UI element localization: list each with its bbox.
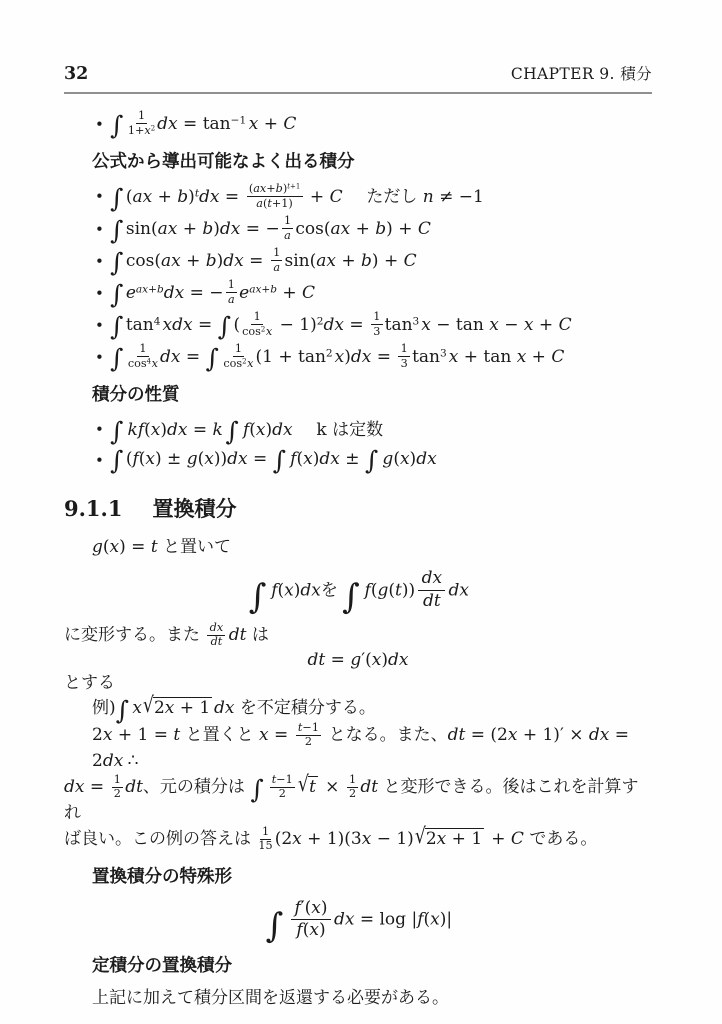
math-text: 1 bbox=[138, 109, 145, 122]
math-text: + bbox=[336, 251, 361, 271]
math-variable: g bbox=[350, 650, 361, 670]
math-text: に変形する。また bbox=[64, 625, 205, 645]
math-variable: x bbox=[249, 114, 259, 134]
integral-sign: ∫ bbox=[206, 344, 219, 374]
math-variable: ax bbox=[158, 219, 178, 239]
math-variable: kf bbox=[128, 420, 145, 440]
math-variable: x bbox=[421, 315, 431, 335]
math-text: + bbox=[534, 315, 559, 335]
math-variable: ax bbox=[316, 251, 336, 271]
math-text: 1 bbox=[401, 342, 408, 355]
math-text: ) + bbox=[372, 251, 404, 271]
fraction: 115 bbox=[258, 826, 272, 853]
math-variable: dx bbox=[214, 698, 234, 718]
header-rule bbox=[64, 92, 652, 94]
math-variable: ax bbox=[330, 219, 350, 239]
integral-sign: ∫ bbox=[110, 248, 123, 278]
math-variable: b bbox=[157, 284, 164, 296]
integral-sign: ∫ bbox=[365, 446, 378, 476]
integral-sign: ∫ bbox=[110, 312, 123, 342]
math-text: 2 bbox=[154, 698, 165, 718]
superscript: 3 bbox=[440, 348, 447, 360]
math-text: 、元の積分は bbox=[143, 777, 250, 797]
page-header: 32 CHAPTER 9. 積分 bbox=[64, 62, 652, 84]
fraction: dxdt bbox=[207, 622, 225, 649]
math-text: 1 bbox=[254, 310, 261, 323]
math-text: ) bbox=[319, 920, 326, 940]
math-text: )) bbox=[214, 449, 227, 469]
section-title: 置換積分 bbox=[152, 497, 236, 521]
fraction: 1a bbox=[271, 247, 283, 274]
math-text: を不定積分する。 bbox=[234, 698, 375, 718]
fraction-denominator: dt bbox=[423, 591, 441, 612]
math-text: = tan bbox=[178, 114, 231, 134]
math-text: (2 bbox=[275, 829, 292, 849]
integral-sign: ∫ bbox=[110, 446, 123, 476]
math-variable: dx bbox=[164, 283, 184, 303]
integral-sign: ∫ bbox=[110, 216, 123, 246]
math-variable: dx bbox=[227, 449, 247, 469]
math-variable: g bbox=[187, 449, 198, 469]
math-variable: C bbox=[551, 347, 564, 367]
bullet-marker: • bbox=[95, 220, 104, 238]
math-variable: n bbox=[423, 187, 434, 207]
math-variable: x bbox=[132, 698, 142, 718]
math-text: 1 bbox=[235, 342, 242, 355]
bold-heading: 置換積分の特殊形 bbox=[64, 866, 652, 889]
math-variable: dt bbox=[360, 777, 378, 797]
math-variable: b bbox=[375, 219, 386, 239]
math-text: cos bbox=[242, 325, 261, 338]
fraction: t−12 bbox=[296, 722, 322, 749]
math-variable: ax bbox=[253, 182, 266, 195]
math-text: = bbox=[244, 251, 269, 271]
math-variable: g bbox=[382, 449, 393, 469]
fraction-denominator: 15 bbox=[258, 840, 272, 853]
math-text: = bbox=[248, 449, 273, 469]
superscript: −1 bbox=[231, 115, 247, 127]
math-variable: ax bbox=[132, 187, 152, 207]
math-variable: C bbox=[302, 283, 315, 303]
math-variable: C bbox=[404, 251, 417, 271]
fraction: (ax+b)t+1a(t+1) bbox=[247, 183, 303, 210]
math-text: + bbox=[526, 347, 551, 367]
math-text: ( bbox=[249, 420, 256, 440]
math-text: + bbox=[148, 284, 157, 296]
fraction-denominator: 3 bbox=[401, 357, 408, 370]
math-variable: x bbox=[311, 898, 321, 918]
paragraph-line: g(x) = t と置いて bbox=[64, 535, 652, 560]
fraction-numerator: 1 bbox=[136, 110, 148, 124]
fraction-numerator: dx bbox=[207, 622, 225, 636]
math-text: = bbox=[193, 315, 218, 335]
math-variable: x bbox=[400, 449, 410, 469]
math-text: + 1)′ × bbox=[517, 725, 588, 745]
math-text: 2 bbox=[305, 735, 312, 748]
math-variable: dx bbox=[448, 581, 468, 601]
bullet-marker: • bbox=[95, 316, 104, 334]
math-variable: b bbox=[206, 251, 217, 271]
fraction: 13 bbox=[371, 311, 383, 338]
math-text: と置くと bbox=[180, 725, 259, 745]
math-variable: t bbox=[151, 537, 158, 557]
math-variable: a bbox=[284, 229, 291, 242]
math-text: + bbox=[350, 219, 375, 239]
math-text: × bbox=[320, 777, 345, 797]
math-text: ) ± bbox=[155, 449, 187, 469]
math-variable: b bbox=[202, 219, 213, 239]
math-text: = bbox=[220, 187, 245, 207]
math-variable: dx bbox=[103, 751, 123, 771]
paragraph-line: 例)∫x√2x + 1dx を不定積分する。 bbox=[64, 696, 652, 722]
fraction-denominator: cos2x bbox=[242, 325, 272, 338]
math-variable: x bbox=[335, 347, 345, 367]
fraction-denominator: 1+x2 bbox=[128, 124, 155, 137]
math-variable: x bbox=[303, 449, 313, 469]
bullet-formula: ∫(f(x) ± g(x))dx = ∫f(x)dx ± ∫g(x)dx bbox=[110, 449, 437, 469]
math-variable: x bbox=[309, 920, 319, 940]
math-text: + bbox=[261, 284, 270, 296]
math-variable: dx bbox=[223, 251, 243, 271]
math-variable: x bbox=[449, 347, 459, 367]
superscript: 2 bbox=[261, 325, 265, 333]
math-text: + 1 bbox=[174, 698, 210, 718]
fraction-numerator: (ax+b)t+1 bbox=[247, 183, 303, 197]
math-variable: dx bbox=[64, 777, 84, 797]
math-text: 4 bbox=[147, 358, 151, 366]
math-text: 2 bbox=[279, 787, 286, 800]
fraction-denominator: 2 bbox=[305, 736, 312, 749]
math-variable: x bbox=[372, 650, 382, 670]
math-text: +1) bbox=[272, 197, 293, 210]
bullet-formula: ∫tan4xdx = ∫(1cos2x − 1)2dx = 13tan3x − … bbox=[110, 315, 572, 335]
math-text: ≠ −1 bbox=[434, 187, 484, 207]
math-variable: x bbox=[266, 325, 272, 338]
bullet-marker: • bbox=[95, 284, 104, 302]
math-variable: x bbox=[103, 725, 113, 745]
math-text: sin( bbox=[126, 219, 158, 239]
math-text: − 1) bbox=[371, 829, 414, 849]
math-variable: ax bbox=[249, 284, 261, 296]
math-variable: x bbox=[110, 537, 120, 557]
math-variable: C bbox=[283, 114, 296, 134]
fraction: 1cos2x bbox=[242, 311, 272, 338]
fraction: t−12 bbox=[270, 774, 296, 801]
math-variable: x bbox=[292, 829, 302, 849]
math-variable: dx bbox=[334, 910, 354, 930]
integral-sign: ∫ bbox=[110, 184, 123, 214]
math-text: となる。また、 bbox=[323, 725, 447, 745]
bullet-formula: ∫kf(x)dx = k∫f(x)dxk は定数 bbox=[110, 420, 383, 440]
fraction: 12 bbox=[112, 774, 124, 801]
integral-sign: ∫ bbox=[110, 111, 123, 141]
math-text: と置いて bbox=[158, 537, 231, 557]
bullet-formula: ∫(ax + b)tdx = (ax+b)t+1a(t+1) + Cただし n … bbox=[110, 187, 484, 207]
math-variable: dx bbox=[351, 347, 371, 367]
fraction-numerator: t−1 bbox=[296, 722, 322, 736]
fraction-numerator: 1 bbox=[271, 247, 283, 261]
integral-sign: ∫ bbox=[249, 577, 267, 617]
math-text: 2 bbox=[261, 325, 265, 333]
sqrt-radical: √2x + 1 bbox=[415, 827, 485, 852]
fraction-numerator: dx bbox=[418, 569, 445, 591]
math-text: ) = bbox=[119, 537, 151, 557]
math-variable: dx bbox=[589, 725, 609, 745]
math-variable: a bbox=[256, 197, 263, 210]
math-text: ) bbox=[321, 898, 328, 918]
math-variable: dt bbox=[448, 725, 466, 745]
fraction-numerator: 1 bbox=[282, 215, 294, 229]
math-text: 2 bbox=[151, 124, 155, 132]
math-variable: x bbox=[508, 725, 518, 745]
section-number: 9.1.1 bbox=[64, 496, 122, 521]
fraction-denominator: 2 bbox=[349, 788, 356, 801]
math-text: ′( bbox=[301, 898, 312, 918]
integral-sign: ∫ bbox=[273, 446, 286, 476]
math-variable: C bbox=[559, 315, 572, 335]
math-text: tan bbox=[412, 347, 440, 367]
math-text: = bbox=[344, 315, 369, 335]
math-text: ′( bbox=[361, 650, 372, 670]
math-text: ) bbox=[344, 347, 351, 367]
fraction-numerator: 1 bbox=[137, 343, 149, 357]
math-text: = bbox=[84, 777, 109, 797]
math-text: tan bbox=[385, 315, 413, 335]
math-text: 2 bbox=[114, 787, 121, 800]
bullet-marker: • bbox=[95, 420, 104, 438]
math-text: + 1)(3 bbox=[302, 829, 362, 849]
paragraph-line: dx = 12dt、元の積分は ∫t−12√t × 12dt と変形できる。後は… bbox=[64, 774, 652, 826]
math-variable: k bbox=[213, 420, 223, 440]
math-text: ± bbox=[340, 449, 365, 469]
fraction-denominator: 2 bbox=[114, 788, 121, 801]
paragraph-line: 2x + 1 = t と置くと x = t−12 となる。また、dt = (2x… bbox=[64, 722, 652, 774]
math-variable: C bbox=[418, 219, 431, 239]
math-text: )) bbox=[402, 581, 415, 601]
bold-heading: 積分の性質 bbox=[64, 384, 652, 407]
radical-sign: √ bbox=[298, 770, 309, 802]
math-text: + 1 = bbox=[112, 725, 173, 745]
fraction-numerator: 1 bbox=[226, 279, 238, 293]
math-variable: dx bbox=[160, 347, 180, 367]
sqrt-radical: √2x + 1 bbox=[143, 696, 213, 721]
math-text: 上記に加えて積分区間を返還する必要がある。 bbox=[92, 988, 449, 1008]
math-variable: x bbox=[284, 581, 294, 601]
math-text: + bbox=[258, 114, 283, 134]
paragraph-line: 上記に加えて積分区間を返還する必要がある。 bbox=[64, 986, 652, 1011]
math-text: = − bbox=[240, 219, 279, 239]
math-variable: x bbox=[152, 357, 158, 370]
bullet-formula: ∫sin(ax + b)dx = −1acos(ax + b) + C bbox=[110, 219, 431, 239]
superscript: t+1 bbox=[287, 183, 300, 191]
display-equation: dt = g′(x)dx bbox=[64, 650, 652, 670]
fraction-numerator: 1 bbox=[260, 826, 272, 840]
math-text: − 1) bbox=[274, 315, 317, 335]
math-variable: x bbox=[247, 357, 253, 370]
math-text: (1 + tan bbox=[255, 347, 325, 367]
math-text: −1 bbox=[276, 773, 293, 786]
page-number: 32 bbox=[64, 64, 88, 84]
math-variable: dx bbox=[220, 219, 240, 239]
math-variable: dx bbox=[422, 568, 442, 588]
bullet-item: •∫sin(ax + b)dx = −1acos(ax + b) + C bbox=[64, 216, 652, 243]
math-variable: x bbox=[165, 698, 175, 718]
math-text: + bbox=[305, 187, 330, 207]
fraction: dxdt bbox=[418, 569, 445, 611]
math-variable: x bbox=[145, 449, 155, 469]
math-text: + bbox=[486, 829, 511, 849]
radicand: 2x + 1 bbox=[425, 828, 484, 849]
bold-heading: 公式から導出可能なよく出る積分 bbox=[64, 151, 652, 174]
bullet-formula: ∫1cos4xdx = ∫1cos2x(1 + tan2x)dx = 13tan… bbox=[110, 347, 564, 367]
math-text: + 1 bbox=[446, 829, 482, 849]
math-text: + bbox=[277, 283, 302, 303]
superscript: 2 bbox=[242, 358, 246, 366]
math-text: 1 bbox=[262, 825, 269, 838]
bullet-marker: • bbox=[95, 252, 104, 270]
bullet-item: •∫(f(x) ± g(x))dx = ∫f(x)dx ± ∫g(x)dx bbox=[64, 449, 652, 473]
fraction-denominator: cos2x bbox=[223, 357, 253, 370]
math-text: は bbox=[247, 625, 269, 645]
integral-sign: ∫ bbox=[110, 417, 123, 447]
math-text: = bbox=[180, 347, 205, 367]
fraction: 1cos2x bbox=[223, 343, 253, 370]
math-variable: dt bbox=[229, 625, 247, 645]
math-variable: ax bbox=[161, 251, 181, 271]
math-text: cos( bbox=[126, 251, 161, 271]
math-variable: C bbox=[511, 829, 524, 849]
superscript: 4 bbox=[154, 316, 161, 328]
math-variable: a bbox=[273, 261, 280, 274]
math-text: k は定数 bbox=[316, 420, 383, 440]
fraction-numerator: 1 bbox=[112, 774, 124, 788]
math-variable: a bbox=[228, 293, 235, 306]
radical-sign: √ bbox=[143, 691, 154, 723]
integral-sign: ∫ bbox=[110, 280, 123, 310]
math-variable: x bbox=[151, 420, 161, 440]
bullet-marker: • bbox=[95, 452, 104, 470]
fraction-numerator: 1 bbox=[233, 343, 245, 357]
bold-heading: 定積分の置換積分 bbox=[64, 955, 652, 978]
fraction: 1cos4x bbox=[128, 343, 158, 370]
fraction-denominator: a(t+1) bbox=[256, 197, 293, 210]
math-variable: dx bbox=[416, 449, 436, 469]
math-text: ) bbox=[213, 219, 220, 239]
superscript: 2 bbox=[151, 124, 155, 132]
math-text: sin( bbox=[284, 251, 316, 271]
fraction-numerator: t−1 bbox=[270, 774, 296, 788]
math-variable: x bbox=[437, 829, 447, 849]
math-variable: b bbox=[270, 284, 277, 296]
fraction: f′(x)f(x) bbox=[291, 899, 331, 941]
document-body: •∫11+x2dx = tan−1x + C公式から導出可能なよく出る積分•∫(… bbox=[64, 106, 652, 1011]
math-text: cos bbox=[223, 357, 242, 370]
math-text: − tan bbox=[431, 315, 489, 335]
math-variable: dx bbox=[167, 420, 187, 440]
paragraph-line: に変形する。また dxdtdt は bbox=[64, 622, 652, 649]
superscript: ax+b bbox=[136, 284, 164, 296]
bullet-formula: ∫cos(ax + b)dx = 1asin(ax + b) + C bbox=[110, 251, 417, 271]
math-text: ( bbox=[103, 537, 110, 557]
display-equation: ∫f′(x)f(x)dx = log |f(x)| bbox=[64, 899, 652, 941]
bullet-marker: • bbox=[95, 115, 104, 133]
sqrt-radical: √t bbox=[298, 775, 318, 800]
fraction-numerator: 1 bbox=[251, 311, 263, 325]
bullet-formula: ∫11+x2dx = tan−1x + C bbox=[110, 114, 296, 134]
math-text: 2 bbox=[92, 725, 103, 745]
math-text: ( bbox=[144, 420, 151, 440]
math-text: 2 bbox=[349, 787, 356, 800]
math-variable: xdx bbox=[163, 315, 193, 335]
math-text: ( bbox=[393, 449, 400, 469]
math-text: 2 bbox=[242, 358, 246, 366]
integral-sign: ∫ bbox=[225, 417, 238, 447]
math-text: −1 bbox=[302, 721, 319, 734]
math-text: + bbox=[266, 182, 275, 195]
math-text: + bbox=[181, 251, 206, 271]
radicand: 2x + 1 bbox=[153, 697, 212, 718]
fraction-denominator: cos4x bbox=[128, 357, 158, 370]
math-variable: C bbox=[330, 187, 343, 207]
fraction-numerator: 1 bbox=[347, 774, 359, 788]
bullet-item: •∫(ax + b)tdx = (ax+b)t+1a(t+1) + Cただし n… bbox=[64, 182, 652, 211]
math-variable: dt bbox=[211, 635, 223, 648]
math-text: 1+ bbox=[128, 124, 145, 137]
math-variable: b bbox=[177, 187, 188, 207]
fraction: 11+x2 bbox=[128, 110, 155, 137]
math-text: = bbox=[371, 347, 396, 367]
bullet-item: •∫cos(ax + b)dx = 1asin(ax + b) + C bbox=[64, 248, 652, 275]
math-text: 4 bbox=[154, 316, 161, 328]
math-variable: x bbox=[489, 315, 499, 335]
fraction-numerator: f′(x) bbox=[291, 899, 331, 921]
math-variable: x bbox=[524, 315, 534, 335]
math-text: = bbox=[325, 650, 350, 670]
math-text: を bbox=[321, 581, 338, 601]
integral-sign: ∫ bbox=[218, 312, 231, 342]
math-text: 例) bbox=[92, 698, 116, 718]
math-variable: x bbox=[362, 829, 372, 849]
display-equation: ∫f(x)dxを∫f(g(t))dxdtdx bbox=[64, 570, 652, 612]
math-text: = (2 bbox=[465, 725, 508, 745]
math-variable: g bbox=[92, 537, 103, 557]
math-text: 1 bbox=[373, 310, 380, 323]
math-variable: dx bbox=[319, 449, 339, 469]
math-text: 2 bbox=[326, 348, 333, 360]
bullet-marker: • bbox=[95, 187, 104, 205]
fraction-denominator: dt bbox=[211, 636, 223, 649]
math-variable: dt bbox=[125, 777, 143, 797]
chapter-title: CHAPTER 9. 積分 bbox=[511, 62, 652, 84]
math-variable: e bbox=[239, 283, 249, 303]
math-text: 1 bbox=[228, 278, 235, 291]
math-text: = bbox=[269, 725, 294, 745]
math-variable: x bbox=[204, 449, 214, 469]
math-text: とする bbox=[64, 673, 115, 693]
math-text: )| bbox=[440, 910, 452, 930]
math-text: 3 bbox=[373, 325, 380, 338]
math-variable: dt bbox=[423, 591, 441, 611]
integral-sign: ∫ bbox=[110, 344, 123, 374]
math-text: cos( bbox=[295, 219, 330, 239]
math-text: ) bbox=[188, 187, 195, 207]
math-variable: dx bbox=[300, 581, 320, 601]
math-text: = log | bbox=[354, 910, 417, 930]
math-variable: t bbox=[309, 777, 316, 797]
fraction: 1a bbox=[282, 215, 294, 242]
integral-sign: ∫ bbox=[342, 577, 360, 617]
math-variable: dx bbox=[323, 315, 343, 335]
